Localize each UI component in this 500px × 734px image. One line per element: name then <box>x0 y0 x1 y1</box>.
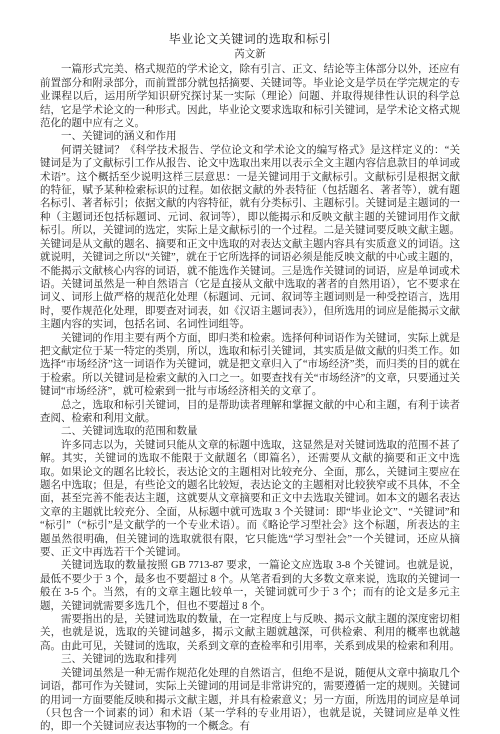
paragraph-summary: 总之，选取和标引关键词，目的是帮助读者理解和掌握文献的中心和主题，有利于读者查阅… <box>40 399 460 426</box>
section-heading-1: 一、关键词的涵义和作用 <box>40 130 460 143</box>
page-title: 毕业论文关键词的选取和标引 <box>40 32 460 46</box>
document-page: 毕业论文关键词的选取和标引 芮文新 一篇形式完美、格式规范的学术论文，除有引言、… <box>0 0 500 708</box>
paragraph-intro: 一篇形式完美、格式规范的学术论文，除有引言、正文、结论等主体部分以外，还应有前置… <box>40 63 460 130</box>
paragraph-selection-quantity: 关键词选取的数量按照 GB 7713-87 要求，一篇论文应选取 3-8 个关键… <box>40 559 460 613</box>
section-heading-3: 三、关键词的选取和排列 <box>40 653 460 666</box>
section-heading-2: 二、关键词选取的范围和数量 <box>40 425 460 438</box>
paragraph-quantity-depth: 需要指出的是，关键词选取的数量，在一定程度上与反映、揭示文献主题的深度密切相关，… <box>40 613 460 653</box>
paragraph-selection-rules: 关键词虽然是一种无需作规范化处理的自然语言，但绝不是说，随便从文章中摘取几个词语… <box>40 667 460 734</box>
paragraph-keyword-function: 关键词的作用主要有两个方面，即归类和检索。选择何种词语作为关键词，实际上就是把文… <box>40 332 460 399</box>
paragraph-selection-scope: 许多同志以为，关键词只能从文章的标题中选取，这显然是对关键词选取的范围不甚了解。… <box>40 439 460 560</box>
paragraph-keyword-definition: 何谓关键词？《科学技术报告、学位论文和学术论文的编写格式》是这样定义的：“关键词… <box>40 144 460 332</box>
author-name: 芮文新 <box>40 48 460 61</box>
